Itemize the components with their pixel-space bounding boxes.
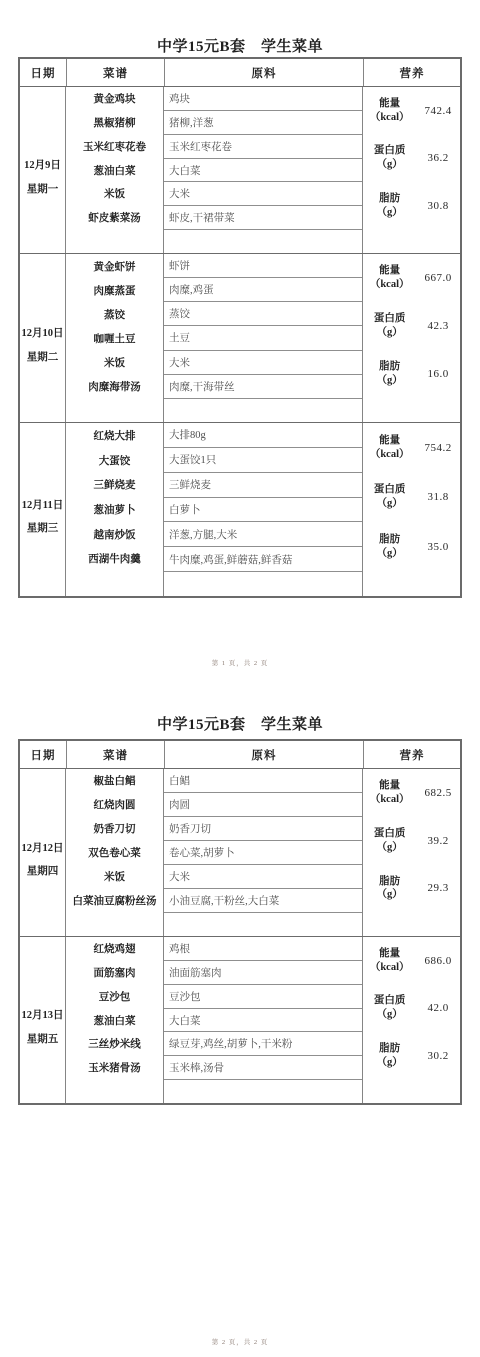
nutrition-value: 686.0 bbox=[416, 955, 460, 967]
nutrition-label-name: 能量 bbox=[363, 434, 416, 448]
nutrition-value: 754.2 bbox=[416, 442, 460, 454]
dish-ingredients: 蒸饺 bbox=[164, 302, 362, 326]
nutrition-fat: 脂肪（g）30.8 bbox=[363, 182, 460, 229]
dish-ingredients: 虾皮,干裙带菜 bbox=[164, 206, 362, 230]
empty-row bbox=[66, 229, 163, 253]
nutrition-protein: 蛋白质（g）31.8 bbox=[363, 472, 460, 521]
weekday-text: 星期三 bbox=[27, 524, 59, 535]
dish-ingredients: 肉圆 bbox=[164, 793, 362, 817]
dish-name: 肉糜海带汤 bbox=[66, 374, 163, 398]
nutrition-label: 能量（kcal） bbox=[363, 779, 416, 806]
nutrition-energy: 能量（kcal）682.5 bbox=[363, 769, 460, 817]
nutrition-label: 蛋白质（g） bbox=[363, 827, 416, 854]
nutrition-value: 42.3 bbox=[416, 320, 460, 332]
nutrition-fat: 脂肪（g）30.2 bbox=[363, 1032, 460, 1079]
header-menu: 菜谱 bbox=[67, 741, 165, 768]
nutrition-cell: 能量（kcal）742.4蛋白质（g）36.2脂肪（g）30.8 bbox=[363, 87, 460, 253]
day-group: 12月13日星期五红烧鸡翅面筋塞肉豆沙包葱油白菜三丝炒米线玉米猪骨汤鸡根油面筋塞… bbox=[20, 937, 460, 1103]
dish-name: 奶香刀切 bbox=[66, 817, 163, 841]
date-cell: 12月9日星期一 bbox=[20, 87, 66, 253]
nutrition-value: 30.8 bbox=[416, 200, 460, 212]
dish-ingredients: 卷心菜,胡萝卜 bbox=[164, 841, 362, 865]
nutrition-energy: 能量（kcal）686.0 bbox=[363, 937, 460, 984]
nutrition-cell: 能量（kcal）682.5蛋白质（g）39.2脂肪（g）29.3 bbox=[363, 769, 460, 936]
nutrition-fat: 脂肪（g）29.3 bbox=[363, 864, 460, 912]
table-header-row: 日期 菜谱 原料 营养 bbox=[20, 59, 460, 87]
nutrition-fat: 脂肪（g）35.0 bbox=[363, 522, 460, 571]
weekday-text: 星期二 bbox=[27, 353, 59, 364]
nutrition-energy: 能量（kcal）742.4 bbox=[363, 87, 460, 134]
dish-ingredients: 大米 bbox=[164, 865, 362, 889]
dish-name: 米饭 bbox=[66, 350, 163, 374]
dish-ingredients: 大米 bbox=[164, 351, 362, 375]
dish-name: 黄金鸡块 bbox=[66, 87, 163, 111]
date-text: 12月12日 bbox=[22, 844, 64, 855]
ingredients-column: 大排80g大蛋饺1只三鲜烧麦白萝卜洋葱,方腿,大米牛肉糜,鸡蛋,鲜蘑菇,鲜香菇 bbox=[164, 423, 363, 596]
nutrition-protein: 蛋白质（g）39.2 bbox=[363, 817, 460, 865]
nutrition-label-name: 蛋白质 bbox=[363, 144, 416, 158]
nutrition-value: 36.2 bbox=[416, 152, 460, 164]
date-text: 12月11日 bbox=[22, 501, 63, 512]
dish-ingredients: 鸡根 bbox=[164, 937, 362, 961]
nutrition-label-name: 脂肪 bbox=[363, 875, 416, 889]
dish-ingredients: 绿豆芽,鸡丝,胡萝卜,干米粉 bbox=[164, 1032, 362, 1056]
nutrition-label: 脂肪（g） bbox=[363, 875, 416, 902]
dish-name: 黑椒猪柳 bbox=[66, 111, 163, 135]
nutrition-protein: 蛋白质（g）36.2 bbox=[363, 134, 460, 181]
empty-row bbox=[164, 230, 362, 253]
nutrition-fat: 脂肪（g）16.0 bbox=[363, 350, 460, 398]
spacer bbox=[363, 912, 460, 936]
nutrition-value: 16.0 bbox=[416, 368, 460, 380]
dish-name: 豆沙包 bbox=[66, 984, 163, 1008]
nutrition-energy: 能量（kcal）754.2 bbox=[363, 423, 460, 472]
nutrition-cell: 能量（kcal）686.0蛋白质（g）42.0脂肪（g）30.2 bbox=[363, 937, 460, 1103]
dish-name: 葱油白菜 bbox=[66, 158, 163, 182]
dish-ingredients: 猪柳,洋葱 bbox=[164, 111, 362, 135]
nutrition-label-unit: （g） bbox=[363, 841, 416, 855]
spacer bbox=[363, 229, 460, 253]
nutrition-value: 31.8 bbox=[416, 491, 460, 503]
nutrition-label: 能量（kcal） bbox=[363, 947, 416, 974]
empty-row bbox=[66, 912, 163, 936]
header-menu: 菜谱 bbox=[67, 59, 165, 86]
nutrition-label-name: 脂肪 bbox=[363, 192, 416, 206]
nutrition-label-name: 能量 bbox=[363, 779, 416, 793]
nutrition-label-name: 蛋白质 bbox=[363, 994, 416, 1008]
empty-row bbox=[66, 1079, 163, 1103]
nutrition-protein: 蛋白质（g）42.3 bbox=[363, 302, 460, 350]
day-group: 12月9日星期一黄金鸡块黑椒猪柳玉米红枣花卷葱油白菜米饭虾皮紫菜汤鸡块猪柳,洋葱… bbox=[20, 87, 460, 254]
nutrition-label-unit: （g） bbox=[363, 888, 416, 902]
nutrition-label-unit: （kcal） bbox=[363, 961, 416, 975]
date-cell: 12月12日星期四 bbox=[20, 769, 66, 936]
nutrition-label-unit: （g） bbox=[363, 1056, 416, 1070]
ingredients-column: 白鲳肉圆奶香刀切卷心菜,胡萝卜大米小油豆腐,干粉丝,大白菜 bbox=[164, 769, 363, 936]
dish-name: 面筋塞肉 bbox=[66, 961, 163, 985]
menu-table: 日期 菜谱 原料 营养 12月12日星期四椒盐白鲳红烧肉圆奶香刀切双色卷心菜米饭… bbox=[18, 739, 462, 1105]
nutrition-label: 蛋白质（g） bbox=[363, 144, 416, 171]
dish-ingredients: 白鲳 bbox=[164, 769, 362, 793]
nutrition-label: 能量（kcal） bbox=[363, 434, 416, 461]
dish-name: 红烧肉圆 bbox=[66, 793, 163, 817]
nutrition-cell: 能量（kcal）667.0蛋白质（g）42.3脂肪（g）16.0 bbox=[363, 254, 460, 422]
date-cell: 12月11日星期三 bbox=[20, 423, 66, 596]
header-nutrition: 营养 bbox=[364, 741, 460, 768]
nutrition-label-name: 脂肪 bbox=[363, 1042, 416, 1056]
nutrition-label-name: 能量 bbox=[363, 264, 416, 278]
empty-row bbox=[66, 398, 163, 422]
nutrition-label-name: 能量 bbox=[363, 97, 416, 111]
nutrition-label-unit: （g） bbox=[363, 547, 416, 561]
dish-name: 红烧大排 bbox=[66, 423, 163, 448]
nutrition-label-unit: （g） bbox=[363, 206, 416, 220]
date-text: 12月9日 bbox=[24, 161, 61, 172]
dish-ingredients: 虾饼 bbox=[164, 254, 362, 278]
ingredients-column: 鸡块猪柳,洋葱玉米红枣花卷大白菜大米虾皮,干裙带菜 bbox=[164, 87, 363, 253]
dish-name: 白菜油豆腐粉丝汤 bbox=[66, 888, 163, 912]
nutrition-label: 蛋白质（g） bbox=[363, 994, 416, 1021]
nutrition-label-unit: （kcal） bbox=[363, 793, 416, 807]
dish-name: 三丝炒米线 bbox=[66, 1032, 163, 1056]
day-group: 12月10日星期二黄金虾饼肉糜蒸蛋蒸饺咖喱土豆米饭肉糜海带汤虾饼肉糜,鸡蛋蒸饺土… bbox=[20, 254, 460, 423]
dish-ingredients: 奶香刀切 bbox=[164, 817, 362, 841]
nutrition-value: 39.2 bbox=[416, 835, 460, 847]
weekday-text: 星期五 bbox=[27, 1035, 59, 1046]
nutrition-cell: 能量（kcal）754.2蛋白质（g）31.8脂肪（g）35.0 bbox=[363, 423, 460, 596]
dish-name: 肉糜蒸蛋 bbox=[66, 278, 163, 302]
empty-row bbox=[164, 572, 362, 596]
nutrition-label: 脂肪（g） bbox=[363, 192, 416, 219]
menu-table: 日期 菜谱 原料 营养 12月9日星期一黄金鸡块黑椒猪柳玉米红枣花卷葱油白菜米饭… bbox=[18, 57, 462, 598]
nutrition-label-unit: （kcal） bbox=[363, 111, 416, 125]
dish-ingredients: 大蛋饺1只 bbox=[164, 448, 362, 473]
page-number-footer: 第 1 页，共 2 页 bbox=[0, 658, 480, 667]
dish-name: 葱油白菜 bbox=[66, 1008, 163, 1032]
dish-ingredients: 白萝卜 bbox=[164, 498, 362, 523]
dish-name: 葱油萝卜 bbox=[66, 497, 163, 522]
table-header-row: 日期 菜谱 原料 营养 bbox=[20, 741, 460, 769]
nutrition-value: 682.5 bbox=[416, 787, 460, 799]
dish-name: 咖喱土豆 bbox=[66, 326, 163, 350]
nutrition-label-name: 脂肪 bbox=[363, 360, 416, 374]
date-cell: 12月10日星期二 bbox=[20, 254, 66, 422]
dish-ingredients: 大米 bbox=[164, 182, 362, 206]
dish-ingredients: 豆沙包 bbox=[164, 985, 362, 1009]
nutrition-label-name: 蛋白质 bbox=[363, 312, 416, 326]
date-cell: 12月13日星期五 bbox=[20, 937, 66, 1103]
dish-name: 米饭 bbox=[66, 182, 163, 206]
nutrition-label-name: 能量 bbox=[363, 947, 416, 961]
nutrition-protein: 蛋白质（g）42.0 bbox=[363, 984, 460, 1031]
dish-name: 玉米红枣花卷 bbox=[66, 134, 163, 158]
day-group: 12月12日星期四椒盐白鲳红烧肉圆奶香刀切双色卷心菜米饭白菜油豆腐粉丝汤白鲳肉圆… bbox=[20, 769, 460, 937]
empty-row bbox=[66, 571, 163, 596]
dish-name: 双色卷心菜 bbox=[66, 841, 163, 865]
dish-name: 虾皮紫菜汤 bbox=[66, 206, 163, 230]
dish-ingredients: 玉米棒,汤骨 bbox=[164, 1056, 362, 1080]
dish-ingredients: 牛肉糜,鸡蛋,鲜蘑菇,鲜香菇 bbox=[164, 547, 362, 572]
nutrition-label: 能量（kcal） bbox=[363, 97, 416, 124]
dish-ingredients: 肉糜,鸡蛋 bbox=[164, 278, 362, 302]
dish-ingredients: 大白菜 bbox=[164, 159, 362, 183]
empty-row bbox=[164, 399, 362, 422]
dish-ingredients: 大白菜 bbox=[164, 1009, 362, 1033]
weekday-text: 星期四 bbox=[27, 867, 59, 878]
dish-ingredients: 大排80g bbox=[164, 423, 362, 448]
nutrition-label-name: 蛋白质 bbox=[363, 827, 416, 841]
empty-row bbox=[164, 1080, 362, 1103]
dish-name: 大蛋饺 bbox=[66, 448, 163, 473]
dish-ingredients: 鸡块 bbox=[164, 87, 362, 111]
dish-name: 三鲜烧麦 bbox=[66, 472, 163, 497]
nutrition-label-name: 脂肪 bbox=[363, 533, 416, 547]
nutrition-label-unit: （kcal） bbox=[363, 448, 416, 462]
nutrition-label-unit: （g） bbox=[363, 326, 416, 340]
menu-page-2: 中学15元B套 学生菜单 日期 菜谱 原料 营养 12月12日星期四椒盐白鲳红烧… bbox=[0, 678, 480, 1357]
menu-column: 黄金鸡块黑椒猪柳玉米红枣花卷葱油白菜米饭虾皮紫菜汤 bbox=[66, 87, 164, 253]
header-ingredients: 原料 bbox=[165, 59, 364, 86]
nutrition-value: 35.0 bbox=[416, 541, 460, 553]
menu-column: 黄金虾饼肉糜蒸蛋蒸饺咖喱土豆米饭肉糜海带汤 bbox=[66, 254, 164, 422]
ingredients-column: 鸡根油面筋塞肉豆沙包大白菜绿豆芽,鸡丝,胡萝卜,干米粉玉米棒,汤骨 bbox=[164, 937, 363, 1103]
nutrition-value: 29.3 bbox=[416, 882, 460, 894]
nutrition-label-unit: （g） bbox=[363, 374, 416, 388]
dish-name: 黄金虾饼 bbox=[66, 254, 163, 278]
dish-ingredients: 玉米红枣花卷 bbox=[164, 135, 362, 159]
dish-name: 米饭 bbox=[66, 864, 163, 888]
dish-name: 越南炒饭 bbox=[66, 522, 163, 547]
header-date: 日期 bbox=[20, 59, 67, 86]
nutrition-label-unit: （g） bbox=[363, 497, 416, 511]
menu-column: 红烧大排大蛋饺三鲜烧麦葱油萝卜越南炒饭西湖牛肉羹 bbox=[66, 423, 164, 596]
menu-column: 红烧鸡翅面筋塞肉豆沙包葱油白菜三丝炒米线玉米猪骨汤 bbox=[66, 937, 164, 1103]
menu-page-1: 中学15元B套 学生菜单 日期 菜谱 原料 营养 12月9日星期一黄金鸡块黑椒猪… bbox=[0, 0, 480, 678]
day-group: 12月11日星期三红烧大排大蛋饺三鲜烧麦葱油萝卜越南炒饭西湖牛肉羹大排80g大蛋… bbox=[20, 423, 460, 596]
nutrition-label: 脂肪（g） bbox=[363, 533, 416, 560]
nutrition-label: 蛋白质（g） bbox=[363, 483, 416, 510]
dish-ingredients: 洋葱,方腿,大米 bbox=[164, 522, 362, 547]
nutrition-value: 42.0 bbox=[416, 1002, 460, 1014]
nutrition-value: 30.2 bbox=[416, 1050, 460, 1062]
ingredients-column: 虾饼肉糜,鸡蛋蒸饺土豆大米肉糜,干海带丝 bbox=[164, 254, 363, 422]
dish-name: 椒盐白鲳 bbox=[66, 769, 163, 793]
nutrition-label: 蛋白质（g） bbox=[363, 312, 416, 339]
nutrition-label-name: 蛋白质 bbox=[363, 483, 416, 497]
dish-ingredients: 油面筋塞肉 bbox=[164, 961, 362, 985]
dish-ingredients: 土豆 bbox=[164, 326, 362, 350]
nutrition-label-unit: （g） bbox=[363, 158, 416, 172]
empty-row bbox=[164, 913, 362, 936]
nutrition-label-unit: （kcal） bbox=[363, 278, 416, 292]
nutrition-label: 能量（kcal） bbox=[363, 264, 416, 291]
table-body: 12月9日星期一黄金鸡块黑椒猪柳玉米红枣花卷葱油白菜米饭虾皮紫菜汤鸡块猪柳,洋葱… bbox=[20, 87, 460, 596]
dish-ingredients: 肉糜,干海带丝 bbox=[164, 375, 362, 399]
spacer bbox=[363, 1079, 460, 1103]
weekday-text: 星期一 bbox=[27, 185, 59, 196]
dish-name: 蒸饺 bbox=[66, 302, 163, 326]
spacer bbox=[363, 571, 460, 596]
spacer bbox=[363, 398, 460, 422]
nutrition-value: 667.0 bbox=[416, 272, 460, 284]
date-text: 12月13日 bbox=[22, 1011, 64, 1022]
header-date: 日期 bbox=[20, 741, 67, 768]
page-number-footer: 第 2 页，共 2 页 bbox=[0, 1337, 480, 1346]
dish-name: 西湖牛肉羹 bbox=[66, 547, 163, 572]
page-title: 中学15元B套 学生菜单 bbox=[0, 35, 480, 56]
nutrition-label: 脂肪（g） bbox=[363, 1042, 416, 1069]
nutrition-energy: 能量（kcal）667.0 bbox=[363, 254, 460, 302]
dish-name: 红烧鸡翅 bbox=[66, 937, 163, 961]
dish-ingredients: 三鲜烧麦 bbox=[164, 473, 362, 498]
dish-ingredients: 小油豆腐,干粉丝,大白菜 bbox=[164, 889, 362, 913]
nutrition-label-unit: （g） bbox=[363, 1008, 416, 1022]
menu-column: 椒盐白鲳红烧肉圆奶香刀切双色卷心菜米饭白菜油豆腐粉丝汤 bbox=[66, 769, 164, 936]
header-nutrition: 营养 bbox=[364, 59, 460, 86]
nutrition-label: 脂肪（g） bbox=[363, 360, 416, 387]
dish-name: 玉米猪骨汤 bbox=[66, 1056, 163, 1080]
table-body: 12月12日星期四椒盐白鲳红烧肉圆奶香刀切双色卷心菜米饭白菜油豆腐粉丝汤白鲳肉圆… bbox=[20, 769, 460, 1103]
page-title: 中学15元B套 学生菜单 bbox=[0, 713, 480, 734]
date-text: 12月10日 bbox=[22, 329, 64, 340]
header-ingredients: 原料 bbox=[165, 741, 364, 768]
nutrition-value: 742.4 bbox=[416, 105, 460, 117]
